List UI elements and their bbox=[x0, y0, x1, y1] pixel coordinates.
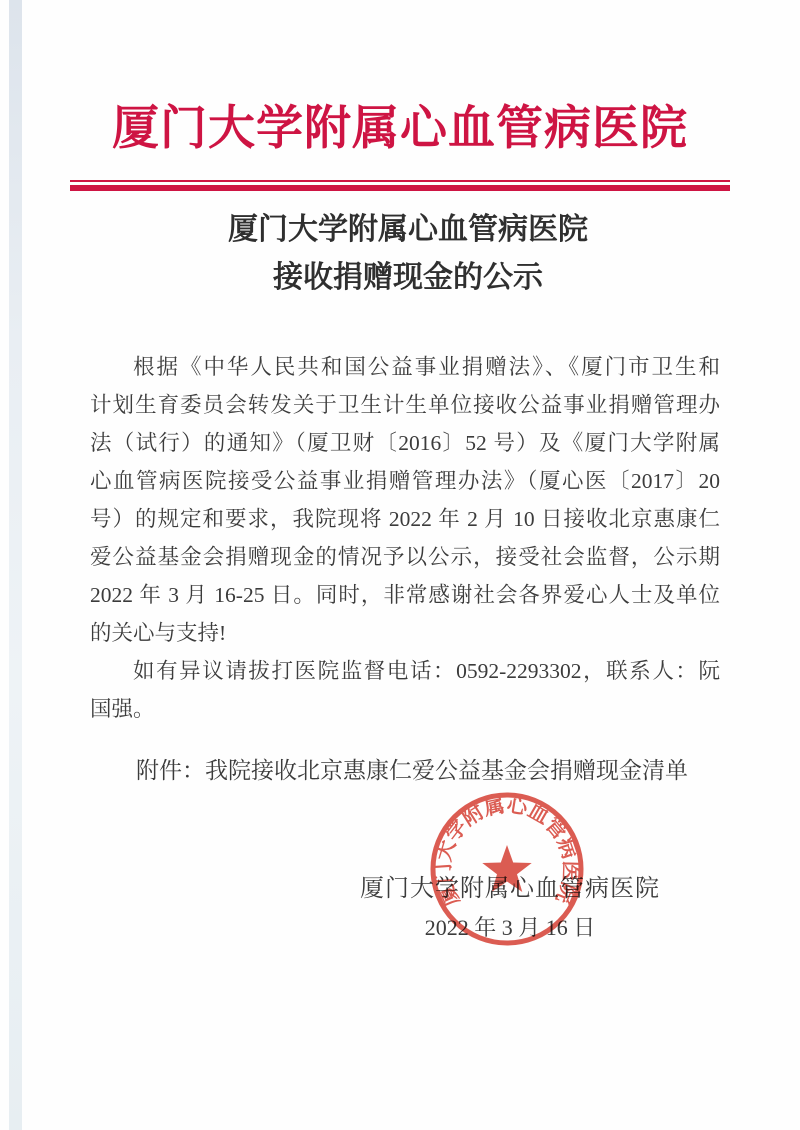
body-line: 2022 年 3 月 16-25 日。同时，非常感谢社会各界爱心人士及单位 bbox=[90, 576, 720, 614]
scanned-document-page: 厦门大学附属心血管病医院 厦门大学附属心血管病医院 接收捐赠现金的公示 根据《中… bbox=[0, 0, 800, 1130]
attachment-line: 附件：我院接收北京惠康仁爱公益基金会捐赠现金清单 bbox=[90, 753, 730, 789]
body-line: 法（试行）的通知》（厦卫财〔2016〕52 号）及《厦门大学附属 bbox=[90, 424, 720, 462]
body-line: 计划生育委员会转发关于卫生计生单位接收公益事业捐赠管理办 bbox=[90, 386, 720, 424]
body-line: 的关心与支持! bbox=[90, 614, 720, 652]
letterhead-rule-thick-bar bbox=[70, 185, 730, 191]
seal-star-icon bbox=[482, 845, 531, 892]
scan-edge-artifact bbox=[9, 0, 22, 1130]
body-text: 根据《中华人民共和国公益事业捐赠法》、《厦门市卫生和 计划生育委员会转发关于卫生… bbox=[90, 348, 720, 728]
body-line: 根据《中华人民共和国公益事业捐赠法》、《厦门市卫生和 bbox=[90, 348, 720, 386]
body-line: 号）的规定和要求，我院现将 2022 年 2 月 10 日接收北京惠康仁 bbox=[90, 500, 720, 538]
official-round-seal: 厦门大学附属心血管病医院 bbox=[427, 789, 587, 949]
letterhead-hospital-name: 厦门大学附属心血管病医院 bbox=[40, 96, 760, 162]
body-line: 心血管病医院接受公益事业捐赠管理办法》（厦心医〔2017〕20 bbox=[90, 462, 720, 500]
body-line: 国强。 bbox=[90, 690, 720, 728]
letterhead-double-rule bbox=[70, 180, 730, 191]
body-line: 爱公益基金会捐赠现金的情况予以公示，接受社会监督，公示期 bbox=[90, 538, 720, 576]
body-line: 如有异议请拔打医院监督电话：0592-2293302，联系人：阮 bbox=[90, 652, 720, 690]
seal-graphic: 厦门大学附属心血管病医院 bbox=[427, 789, 587, 949]
document-title: 厦门大学附属心血管病医院 接收捐赠现金的公示 bbox=[40, 206, 776, 302]
document-title-line2: 接收捐赠现金的公示 bbox=[40, 254, 776, 302]
document-title-line1: 厦门大学附属心血管病医院 bbox=[40, 206, 776, 254]
